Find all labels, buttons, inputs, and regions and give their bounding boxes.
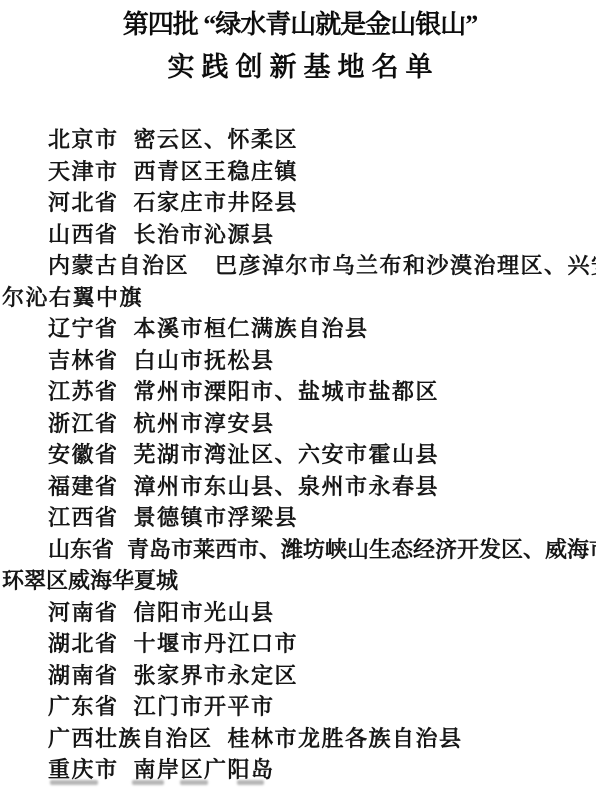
province-label: 北京市 xyxy=(48,127,119,152)
entry-line: 浙江省杭州市淳安县 xyxy=(2,408,596,440)
regions-label: 白山市抚松县 xyxy=(134,348,275,373)
entry-line: 湖北省十堰市丹江口市 xyxy=(2,628,596,660)
regions-label: 巴彦淖尔市乌兰布和沙漠治理区、兴安盟科 xyxy=(215,253,596,278)
doc-title-line2: 实践创新基地名单 xyxy=(0,48,600,86)
list-item: 江苏省常州市溧阳市、盐城市盐都区 xyxy=(2,376,596,408)
list-item: 吉林省白山市抚松县 xyxy=(2,345,596,377)
regions-label: 青岛市莱西市、潍坊峡山生态经济开发区、威海市 xyxy=(127,537,596,562)
entry-line: 内蒙古自治区巴彦淖尔市乌兰布和沙漠治理区、兴安盟科 xyxy=(2,250,596,282)
province-label: 湖北省 xyxy=(48,631,119,656)
regions-label: 信阳市光山县 xyxy=(134,600,275,625)
list-item: 河南省信阳市光山县 xyxy=(2,597,596,629)
entry-line: 湖南省张家界市永定区 xyxy=(2,660,596,692)
province-label: 河南省 xyxy=(48,600,119,625)
entry-line: 江苏省常州市溧阳市、盐城市盐都区 xyxy=(2,376,596,408)
list-item: 湖南省张家界市永定区 xyxy=(2,660,596,692)
list-item: 浙江省杭州市淳安县 xyxy=(2,408,596,440)
regions-label: 本溪市桓仁满族自治县 xyxy=(134,316,369,341)
doc-title-line1: 第四批 “绿水青山就是金山银山” xyxy=(0,6,600,44)
list-item: 内蒙古自治区巴彦淖尔市乌兰布和沙漠治理区、兴安盟科尔沁右翼中旗 xyxy=(2,250,596,313)
regions-label: 石家庄市井陉县 xyxy=(134,190,299,215)
cutoff-text-smudge xyxy=(180,780,208,785)
entry-line: 广西壮族自治区桂林市龙胜各族自治县 xyxy=(2,723,596,755)
province-label: 江苏省 xyxy=(48,379,119,404)
list-item: 河北省石家庄市井陉县 xyxy=(2,187,596,219)
regions-wrap-line: 环翠区威海华夏城 xyxy=(2,565,596,597)
entry-line: 山西省长治市沁源县 xyxy=(2,219,596,251)
list-item: 山西省长治市沁源县 xyxy=(2,219,596,251)
regions-label: 江门市开平市 xyxy=(134,694,275,719)
cutoff-next-line xyxy=(0,780,600,788)
province-label: 山东省 xyxy=(48,537,114,562)
regions-label: 景德镇市浮梁县 xyxy=(134,505,299,530)
entry-line: 天津市西青区王稳庄镇 xyxy=(2,156,596,188)
entry-line: 吉林省白山市抚松县 xyxy=(2,345,596,377)
list-item: 安徽省芜湖市湾沚区、六安市霍山县 xyxy=(2,439,596,471)
list-item: 北京市密云区、怀柔区 xyxy=(2,124,596,156)
province-label: 广东省 xyxy=(48,694,119,719)
cutoff-text-smudge xyxy=(132,780,164,785)
regions-label: 杭州市淳安县 xyxy=(134,411,275,436)
document-page: 第四批 “绿水青山就是金山银山” 实践创新基地名单 北京市密云区、怀柔区天津市西… xyxy=(0,0,600,795)
regions-label: 漳州市东山县、泉州市永春县 xyxy=(134,474,440,499)
list-item: 湖北省十堰市丹江口市 xyxy=(2,628,596,660)
regions-label: 张家界市永定区 xyxy=(134,663,299,688)
doc-title: 第四批 “绿水青山就是金山银山” 实践创新基地名单 xyxy=(0,0,600,86)
list-item: 福建省漳州市东山县、泉州市永春县 xyxy=(2,471,596,503)
entry-line: 北京市密云区、怀柔区 xyxy=(2,124,596,156)
province-label: 重庆市 xyxy=(48,757,119,782)
regions-label: 芜湖市湾沚区、六安市霍山县 xyxy=(134,442,440,467)
list-item: 广西壮族自治区桂林市龙胜各族自治县 xyxy=(2,723,596,755)
province-label: 江西省 xyxy=(48,505,119,530)
regions-label: 十堰市丹江口市 xyxy=(134,631,299,656)
province-label: 辽宁省 xyxy=(48,316,119,341)
province-label: 福建省 xyxy=(48,474,119,499)
entry-line: 辽宁省本溪市桓仁满族自治县 xyxy=(2,313,596,345)
entry-line: 广东省江门市开平市 xyxy=(2,691,596,723)
list-item: 天津市西青区王稳庄镇 xyxy=(2,156,596,188)
cutoff-text-smudge xyxy=(50,780,98,785)
regions-label: 南岸区广阳岛 xyxy=(134,757,275,782)
regions-label: 常州市溧阳市、盐城市盐都区 xyxy=(134,379,440,404)
province-label: 内蒙古自治区 xyxy=(48,253,189,278)
list-item: 山东省青岛市莱西市、潍坊峡山生态经济开发区、威海市环翠区威海华夏城 xyxy=(2,534,596,597)
province-label: 吉林省 xyxy=(48,348,119,373)
province-label: 安徽省 xyxy=(48,442,119,467)
entry-line: 河南省信阳市光山县 xyxy=(2,597,596,629)
region-list: 北京市密云区、怀柔区天津市西青区王稳庄镇河北省石家庄市井陉县山西省长治市沁源县内… xyxy=(0,124,600,786)
list-item: 广东省江门市开平市 xyxy=(2,691,596,723)
province-label: 浙江省 xyxy=(48,411,119,436)
entry-line: 河北省石家庄市井陉县 xyxy=(2,187,596,219)
regions-label: 西青区王稳庄镇 xyxy=(134,159,299,184)
list-item: 江西省景德镇市浮梁县 xyxy=(2,502,596,534)
regions-wrap-line: 尔沁右翼中旗 xyxy=(2,282,596,314)
entry-line: 山东省青岛市莱西市、潍坊峡山生态经济开发区、威海市 xyxy=(2,534,596,566)
regions-label: 密云区、怀柔区 xyxy=(134,127,299,152)
entry-line: 江西省景德镇市浮梁县 xyxy=(2,502,596,534)
province-label: 湖南省 xyxy=(48,663,119,688)
regions-label: 长治市沁源县 xyxy=(134,222,275,247)
cutoff-text-smudge xyxy=(237,780,264,785)
province-label: 河北省 xyxy=(48,190,119,215)
regions-label: 桂林市龙胜各族自治县 xyxy=(228,726,463,751)
province-label: 山西省 xyxy=(48,222,119,247)
entry-line: 福建省漳州市东山县、泉州市永春县 xyxy=(2,471,596,503)
entry-line: 安徽省芜湖市湾沚区、六安市霍山县 xyxy=(2,439,596,471)
province-label: 天津市 xyxy=(48,159,119,184)
list-item: 辽宁省本溪市桓仁满族自治县 xyxy=(2,313,596,345)
province-label: 广西壮族自治区 xyxy=(48,726,213,751)
